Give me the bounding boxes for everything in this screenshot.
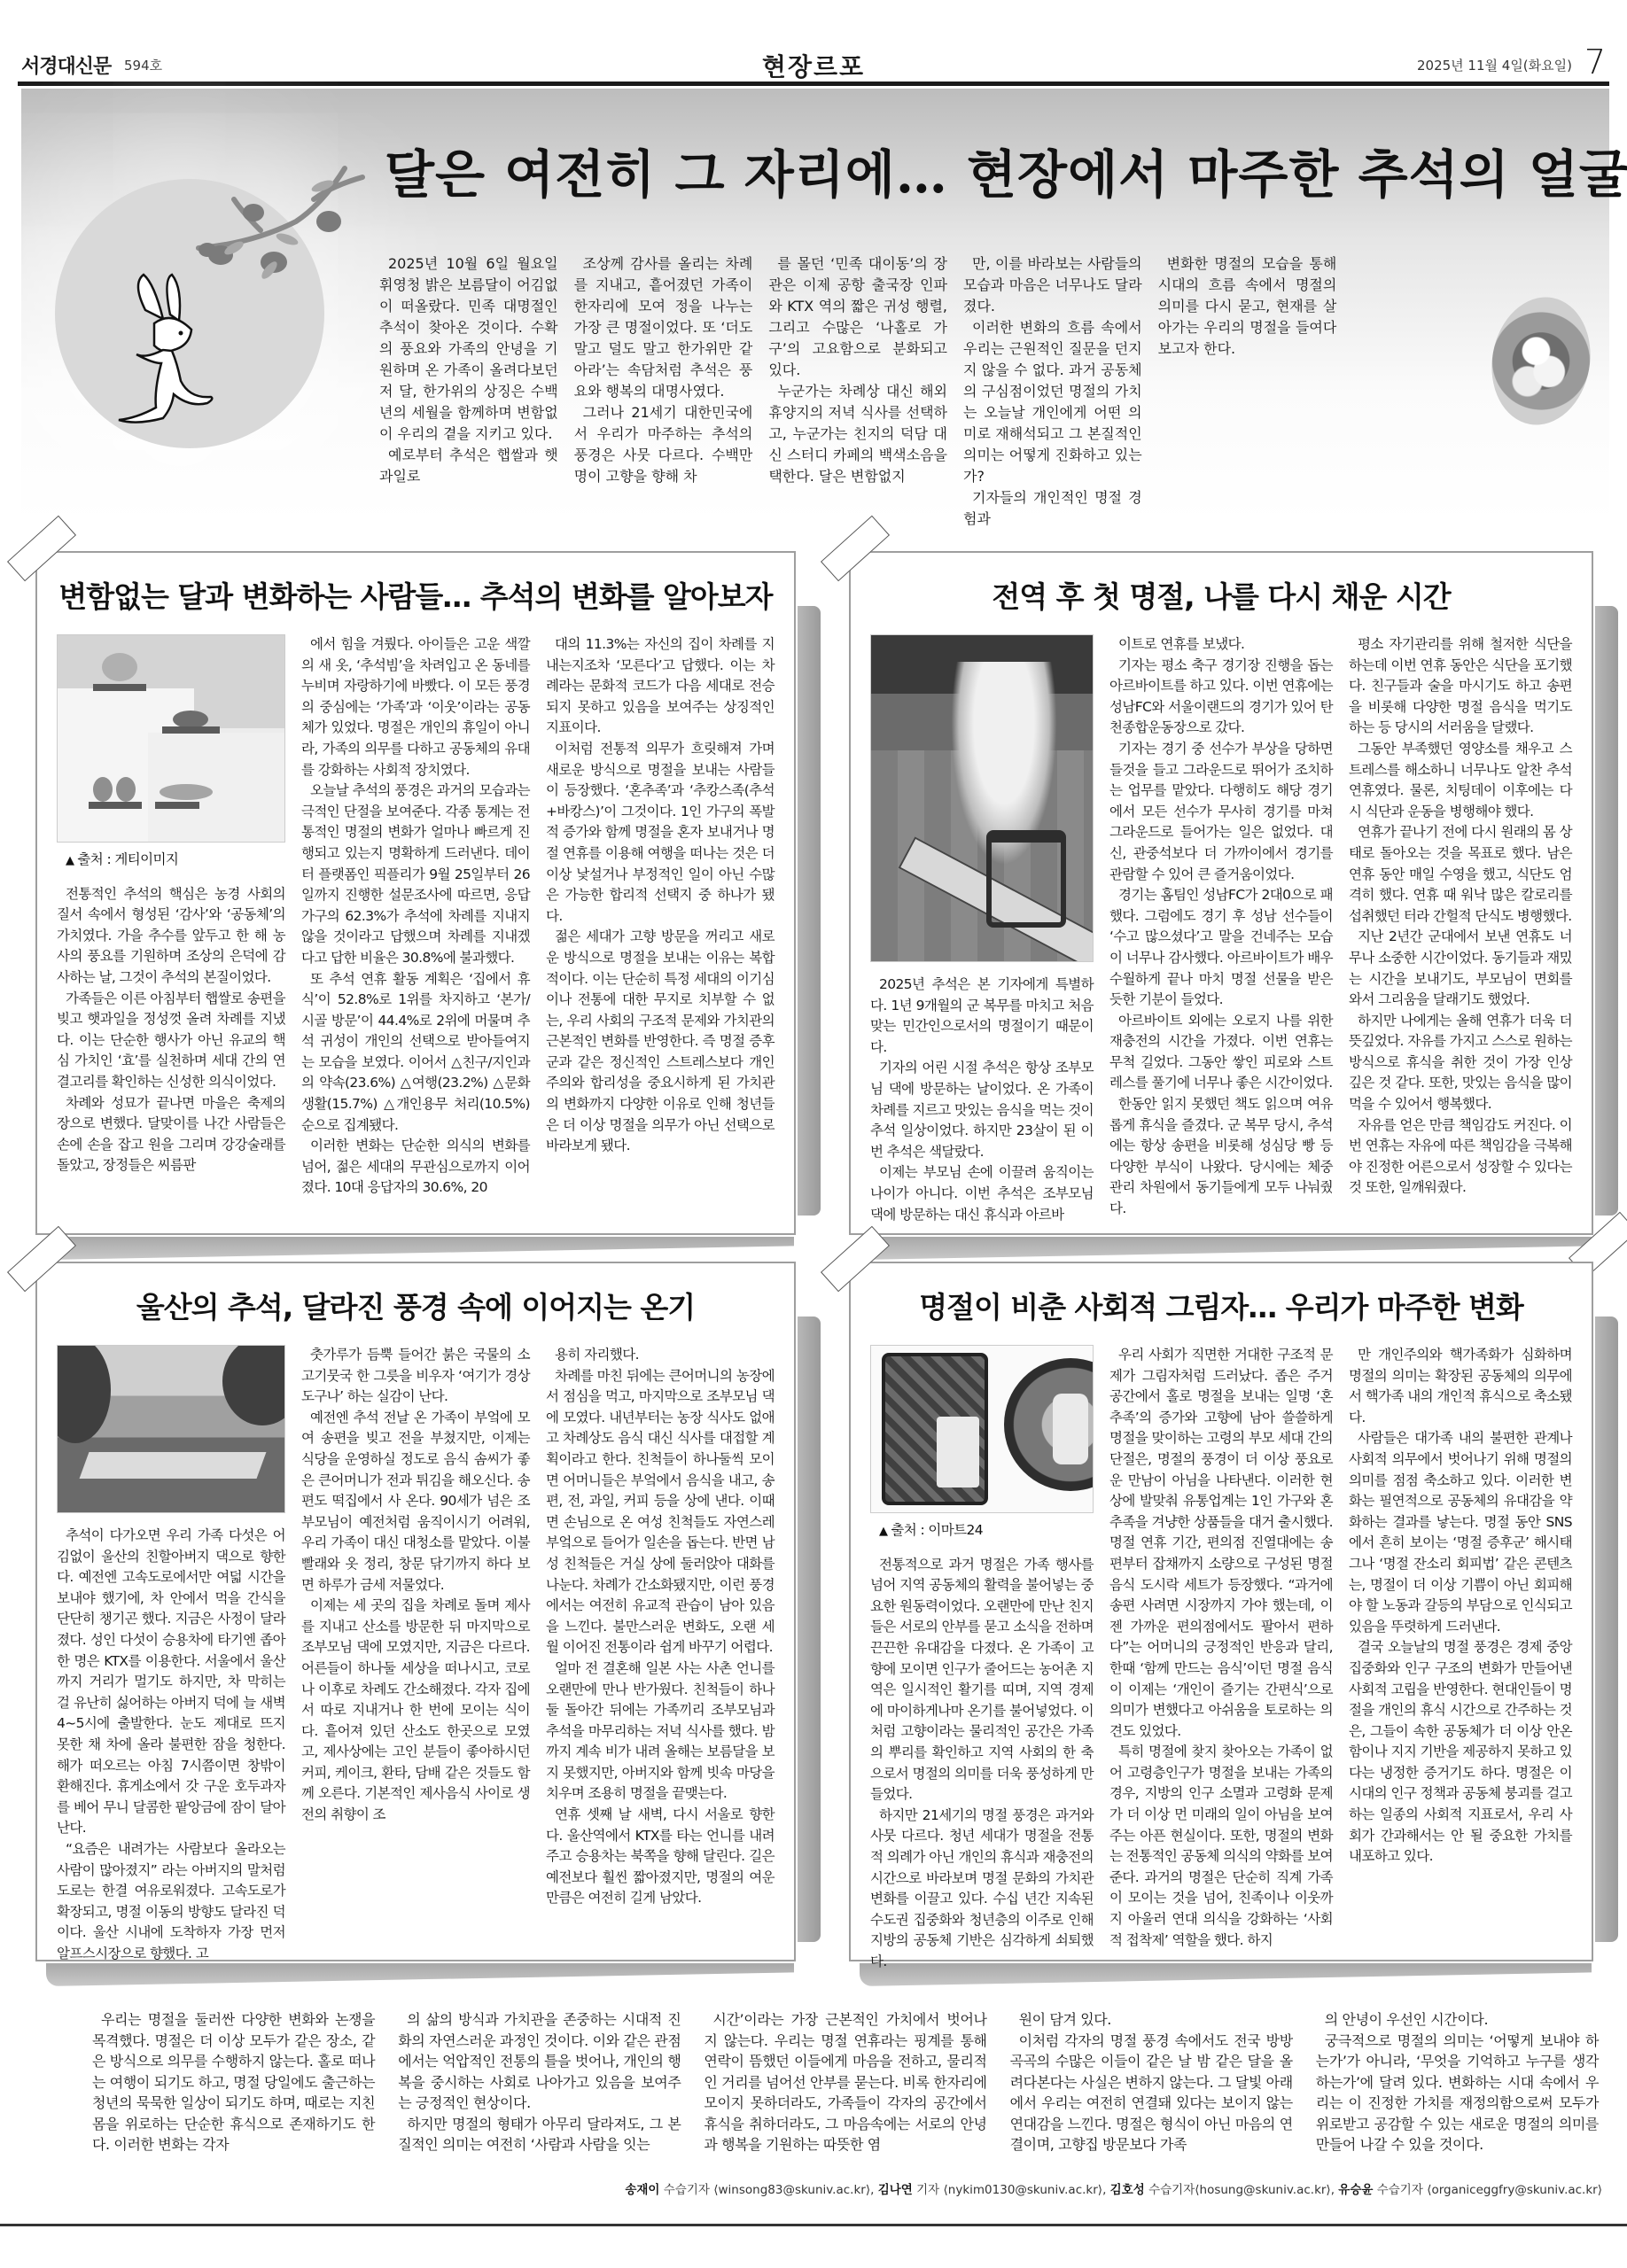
paragraph: 기자의 어린 시절 추석은 항상 조부모님 댁에 방문하는 날이었다. 온 가족… [870,1058,1094,1162]
paragraph: 2025년 10월 6일 월요일 휘영청 밝은 보름달이 어김없이 떠올랐다. … [379,253,558,445]
reporter-credits: 송재이 수습기자 ⟨winsong83@skuniv.ac.kr⟩, 김나연 기… [625,2179,1602,2197]
paragraph: 젊은 세대가 고향 방문을 꺼리고 새로운 방식으로 명절을 보내는 이유는 복… [546,927,775,1157]
article-ulsan-chuseok: 울산의 추석, 달라진 풍경 속에 이어지는 온기 추석이 다가오면 우리 가족… [35,1262,796,1961]
article-column: ▲출처 : 이마트24 전통적으로 과거 명절은 가족 행사를 넘어 지역 공동… [870,1345,1094,1972]
article-column: 만 개인주의와 핵가족화가 심화하며 명절의 의미는 확장된 공동체의 의무에서… [1349,1345,1572,1972]
article-column: 우리 사회가 직면한 거대한 구조적 문제가 그림자처럼 드러났다. 좁은 주거… [1109,1345,1333,1972]
paragraph: 한동안 읽지 못했던 책도 읽으며 여유롭게 휴식을 즐겼다. 군 복무 당시,… [1109,1094,1333,1220]
paragraph: 하지만 나에게는 올해 연휴가 더욱 더 뜻깊었다. 자유를 가지고 스스로 원… [1349,1011,1572,1115]
paragraph: 원이 담겨 있다. [1010,2009,1293,2031]
reporter-role: 수습기자 [1377,2183,1423,2197]
article-column: ▲출처 : 게티이미지 전통적인 추석의 핵심은 농경 사회의 질서 속에서 형… [57,634,285,1217]
page-number: 7 [1584,43,1606,82]
reporter-role: 수습기자 [664,2183,710,2197]
paragraph: 하지만 21세기의 명절 풍경은 과거와 사뭇 다르다. 청년 세대가 명절을 … [870,1806,1094,1973]
hero-headline: 달은 여전히 그 자리에… 현장에서 마주한 추석의 얼굴 [385,133,1627,207]
triangle-icon: ▲ [879,1525,887,1538]
paragraph: 누군가는 차례상 대신 해외 휴양지의 저녁 식사를 선택하고, 누군가는 친지… [768,381,947,487]
hero-column: 만, 이를 바라보는 사람들의 모습과 마음은 너무나도 달라졌다. 이러한 변… [963,253,1142,530]
footer-rule [0,2224,1627,2226]
article-chuseok-changes: 변함없는 달과 변화하는 사람들… 추석의 변화를 알아보자 ▲출처 : 게티이… [35,551,796,1235]
paragraph: 아르바이트 외에는 오로지 나를 위한 재충전의 시간을 가졌다. 이번 연휴는… [1109,1011,1333,1094]
paragraph: “요즘은 내려가는 사람보다 올라오는 사람이 많아졌지” 라는 아버지의 말처… [57,1839,285,1965]
reporter-role: 기자 [916,2183,939,2197]
paragraph: 기자들의 개인적인 명절 경험과 [963,487,1142,530]
paragraph: 조상께 감사를 올리는 차례를 지내고, 흩어졌던 가족이 한자리에 모여 정을… [574,253,753,402]
closing-column: 우리는 명절을 둘러싼 다양한 변화와 논쟁을 목격했다. 명절은 더 이상 모… [92,2009,375,2155]
card-shadow [46,1237,794,1260]
article-column: 2025년 추석은 본 기자에게 특별하다. 1년 9개월의 군 복무를 마치고… [870,634,1094,1225]
reporter-email[interactable]: ⟨winsong83@skuniv.ac.kr⟩ [713,2183,870,2197]
paragraph: 연휴 셋째 날 새벽, 다시 서울로 향한다. 울산역에서 KTX를 타는 언니… [546,1805,775,1909]
photo-caption: ▲출처 : 이마트24 [870,1520,1094,1542]
paragraph: 차례를 마친 뒤에는 큰어머니의 농장에서 점심을 먹고, 마지막으로 조부모님… [546,1366,775,1658]
paragraph: 우리 사회가 직면한 거대한 구조적 문제가 그림자처럼 드러났다. 좁은 주거… [1109,1345,1333,1742]
paragraph: 에서 힘을 겨뤘다. 아이들은 고운 색깔의 새 옷, ‘추석빔’을 차려입고 … [301,634,530,781]
paragraph: 특히 명절에 찾지 찾아오는 가족이 없어 고령층인구가 명절을 보내는 가족의… [1109,1742,1333,1951]
paragraph: 2025년 추석은 본 기자에게 특별하다. 1년 9개월의 군 복무를 마치고… [870,975,1094,1058]
reporter-email[interactable]: ⟨hosung@skuniv.ac.kr⟩ [1195,2183,1330,2197]
paragraph: 용히 자리했다. [546,1345,775,1366]
paragraph: 차례와 성묘가 끝나면 마을은 축제의 장으로 변했다. 달맞이를 나간 사람들… [57,1093,285,1177]
card-shadow [1595,606,1618,1216]
paragraph: 전통적인 추석의 핵심은 농경 사회의 질서 속에서 형성된 ‘감사’와 ‘공동… [57,884,285,989]
article-headline: 전역 후 첫 명절, 나를 다시 채운 시간 [851,574,1592,616]
holiday-lunchbox-photo [870,1345,1094,1513]
paragraph: 가족들은 이른 아침부터 햅쌀로 송편을 빚고 햇과일을 정성껏 올려 차례를 … [57,989,285,1093]
paragraph: 의 안녕이 우선인 시간이다. [1316,2009,1599,2031]
paragraph: 그러나 21세기 대한민국에서 우리가 마주하는 추석의 풍경은 사뭇 다르다.… [574,402,753,487]
paragraph: 지난 2년간 군대에서 보낸 연휴도 너무나 소중한 시간이었다. 동기들과 재… [1349,927,1572,1010]
article-column: 에서 힘을 겨뤘다. 아이들은 고운 색깔의 새 옷, ‘추석빔’을 차려입고 … [301,634,530,1217]
paragraph: 이처럼 전통적 의무가 흐릿해져 가며 새로운 방식으로 명절을 보내는 사람들… [546,739,775,927]
paragraph: 전통적으로 과거 명절은 가족 행사를 넘어 지역 공동체의 활력을 불어넣는 … [870,1555,1094,1806]
paragraph: 시간’이라는 가장 근본적인 가치에서 벗어나지 않는다. 우리는 명절 연휴라… [704,2009,986,2155]
reporter-email[interactable]: ⟨nykim0130@skuniv.ac.kr⟩ [944,2183,1103,2197]
article-headline: 변함없는 달과 변화하는 사람들… 추석의 변화를 알아보자 [37,574,794,616]
closing-column: 의 안녕이 우선인 시간이다. 궁극적으로 명절의 의미는 ‘어떻게 보내야 하… [1316,2009,1599,2155]
paragraph: 하지만 명절의 형태가 아무리 달라져도, 그 본질적인 의미는 여전히 ‘사람… [398,2114,681,2155]
reporter-role: 수습기자 [1148,2183,1195,2197]
article-headline: 울산의 추석, 달라진 풍경 속에 이어지는 온기 [37,1285,794,1326]
publication-date: 2025년 11월 4일(화요일) [1417,56,1572,74]
closing-column: 원이 담겨 있다. 이처럼 각자의 명절 풍경 속에서도 전국 방방곡곡의 수많… [1010,2009,1293,2155]
paragraph: 평소 자기관리를 위해 철저한 식단을 하는데 이번 연휴 동안은 식단을 포기… [1349,634,1572,739]
paragraph: 변화한 명절의 모습을 통해 시대의 흐름 속에서 명절의 의미를 다시 묻고,… [1158,253,1337,360]
article-column: 대의 11.3%는 자신의 집이 차례를 지내는지조차 ‘모른다’고 답했다. … [546,634,775,1217]
paragraph: 경기는 홈팀인 성남FC가 2대0으로 패했다. 그럼에도 경기 후 성남 선수… [1109,885,1333,1011]
hero-column: 조상께 감사를 올리는 차례를 지내고, 흩어졌던 가족이 한자리에 모여 정을… [574,253,753,530]
article-social-shadow: 명절이 비춘 사회적 그림자… 우리가 마주한 변화 ▲출처 : 이마트24 전… [849,1262,1593,1961]
paragraph: 이제는 부모님 손에 이끌려 움직이는 나이가 아니다. 이번 추석은 조부모님… [870,1162,1094,1225]
family-picnic-photo [57,1345,285,1513]
paragraph: 얼마 전 결혼해 일본 사는 사촌 언니를 오랜만에 만나 반가웠다. 친척들이… [546,1658,775,1805]
reporter-name: 김호성 [1110,2183,1145,2197]
hero-column: 변화한 명절의 모습을 통해 시대의 흐름 속에서 명절의 의미를 다시 묻고,… [1158,253,1337,530]
paragraph: 오늘날 추석의 풍경은 과거의 모습과는 극적인 단절을 보여준다. 각종 통계… [301,781,530,968]
section-title: 현장르포 [18,48,1609,83]
paragraph: 의 삶의 방식과 가치관을 존중하는 시대적 진화의 자연스러운 과정인 것이다… [398,2009,681,2114]
rabbit-icon [119,275,212,423]
card-shadow [860,1237,1592,1260]
card-shadow [46,1963,794,1986]
paragraph: 자유를 얻은 만큼 책임감도 커진다. 이번 연휴는 자유에 따른 책임감을 극… [1349,1115,1572,1199]
paragraph: 예전엔 추석 전날 온 가족이 부엌에 모여 송편을 빚고 전을 부쳤지만, 이… [301,1408,530,1596]
paragraph: 우리는 명절을 둘러싼 다양한 변화와 논쟁을 목격했다. 명절은 더 이상 모… [92,2009,375,2155]
closing-column: 시간’이라는 가장 근본적인 가치에서 벗어나지 않는다. 우리는 명절 연휴라… [704,2009,986,2155]
paragraph: 연휴가 끝나기 전에 다시 원래의 몸 상태로 돌아오는 것을 목표로 했다. … [1349,822,1572,927]
reporter-email[interactable]: ⟨organiceggfry@skuniv.ac.kr⟩ [1427,2183,1602,2197]
paragraph: 궁극적으로 명절의 의미는 ‘어떻게 보내야 하는가’가 아니라, ‘무엇을 기… [1316,2031,1599,2155]
article-first-holiday-after-service: 전역 후 첫 명절, 나를 다시 채운 시간 2025년 추석은 본 기자에게 … [849,551,1593,1235]
closing-column: 의 삶의 방식과 가치관을 존중하는 시대적 진화의 자연스러운 과정인 것이다… [398,2009,681,2155]
card-shadow [798,1317,821,1942]
paragraph: 이제는 세 곳의 집을 차례로 돌며 제사를 지내고 산소를 방문한 뒤 마지막… [301,1596,530,1826]
paragraph: 만, 이를 바라보는 사람들의 모습과 마음은 너무나도 달라졌다. [963,253,1142,317]
reporter-name: 유승윤 [1338,2183,1373,2197]
paragraph: 또 추석 연휴 활동 계획은 ‘집에서 휴식’이 52.8%로 1위를 차지하고… [301,969,530,1137]
paragraph: 만 개인주의와 핵가족화가 심화하며 명절의 의미는 확장된 공동체의 의무에서… [1349,1345,1572,1428]
article-column: 춧가루가 듬뿍 들어간 붉은 국물의 소고기뭇국 한 그릇을 비우자 ‘여기가 … [301,1345,530,1964]
tape-decoration [7,516,76,581]
paragraph: 춧가루가 듬뿍 들어간 붉은 국물의 소고기뭇국 한 그릇을 비우자 ‘여기가 … [301,1345,530,1408]
reporter-name: 송재이 [625,2183,659,2197]
masthead-rule [18,82,1609,86]
article-headline: 명절이 비춘 사회적 그림자… 우리가 마주한 변화 [851,1285,1592,1326]
card-shadow [1595,1317,1618,1942]
ancestral-table-photo [57,634,285,843]
paragraph: 이처럼 각자의 명절 풍경 속에서도 전국 방방곡곡의 수많은 이들이 같은 날… [1010,2031,1293,2155]
paragraph: 추석이 다가오면 우리 가족 다섯은 어김없이 울산의 친할아버지 댁으로 향한… [57,1526,285,1839]
hero-column: 를 몰던 ‘민족 대이동’의 장관은 이제 공항 출국장 인파와 KTX 역의 … [768,253,947,530]
triangle-icon: ▲ [66,854,74,867]
reporter-name: 김나연 [878,2183,913,2197]
hero-intro-text: 2025년 10월 6일 월요일 휘영청 밝은 보름달이 어김없이 떠올랐다. … [379,253,1531,530]
paragraph: 기자는 평소 축구 경기장 진행을 돕는 아르바이트를 하고 있다. 이번 연휴… [1109,656,1333,739]
paragraph: 예로부터 추석은 햅쌀과 햇과일로 [379,445,558,487]
masthead: 서경대신문 594호 현장르포 2025년 11월 4일(화요일) 7 [18,0,1609,85]
paragraph: 이트로 연휴를 보냈다. [1109,634,1333,656]
closing-essay: 우리는 명절을 둘러싼 다양한 변화와 논쟁을 목격했다. 명절은 더 이상 모… [92,2009,1599,2155]
article-column: 이트로 연휴를 보냈다. 기자는 평소 축구 경기장 진행을 돕는 아르바이트를… [1109,634,1333,1225]
article-column: 추석이 다가오면 우리 가족 다섯은 어김없이 울산의 친할아버지 댁으로 향한… [57,1345,285,1964]
paragraph: 이러한 변화는 단순한 의식의 변화를 넘어, 젊은 세대의 무관심으로까지 이… [301,1136,530,1199]
photo-caption: ▲출처 : 게티이미지 [57,850,285,872]
hero-banner: 달은 여전히 그 자리에… 현장에서 마주한 추석의 얼굴 2025년 10월 … [21,89,1609,523]
hero-column: 2025년 10월 6일 월요일 휘영청 밝은 보름달이 어김없이 떠올랐다. … [379,253,558,530]
paragraph: 결국 오늘날의 명절 풍경은 경제 중앙 집중화와 인구 구조의 변화가 만들어… [1349,1637,1572,1868]
paragraph: 사람들은 대가족 내의 불편한 관계나 사회적 의무에서 벗어나기 위해 명절의… [1349,1428,1572,1637]
paragraph: 이러한 변화의 흐름 속에서 우리는 근원적인 질문을 던지지 않을 수 없다.… [963,317,1142,487]
stadium-stretcher-photo [870,634,1094,962]
article-column: 용히 자리했다. 차례를 마친 뒤에는 큰어머니의 농장에서 점심을 먹고, 마… [546,1345,775,1964]
rabbit-persimmon-illustration [21,89,393,461]
paragraph: 기자는 경기 중 선수가 부상을 당하면 들것을 들고 그라운드로 뛰어가 조치… [1109,739,1333,885]
card-shadow [798,606,821,1216]
paragraph: 그동안 부족했던 영양소를 채우고 스트레스를 해소하니 너무나도 알찬 추석 … [1349,739,1572,822]
article-column: 평소 자기관리를 위해 철저한 식단을 하는데 이번 연휴 동안은 식단을 포기… [1349,634,1572,1225]
paragraph: 대의 11.3%는 자신의 집이 차례를 지내는지조차 ‘모른다’고 답했다. … [546,634,775,739]
paragraph: 를 몰던 ‘민족 대이동’의 장관은 이제 공항 출국장 인파와 KTX 역의 … [768,253,947,381]
